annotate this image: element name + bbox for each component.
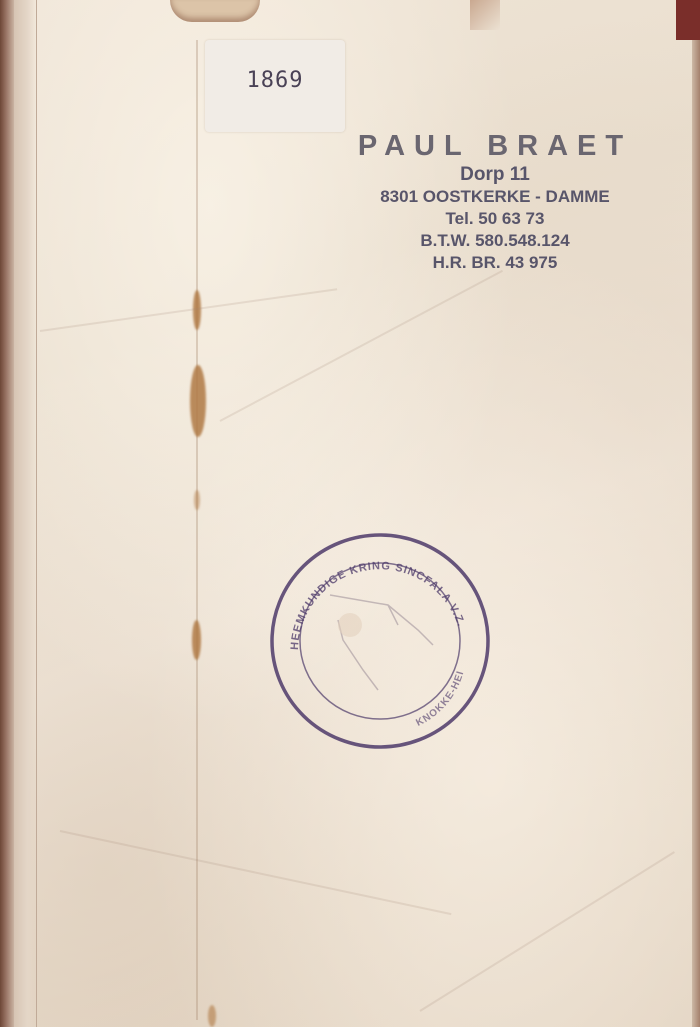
right-edge [692,0,700,1027]
rust-spot [190,365,206,437]
svg-text:HEEMKUNDIGE KRING SINCFALA V.Z: HEEMKUNDIGE KRING SINCFALA V.Z.W. [268,530,467,650]
faded-emblem-icon [330,595,433,690]
rust-spot [192,620,201,660]
round-stamp-graphic: HEEMKUNDIGE KRING SINCFALA V.Z.W. KNOKKE… [268,530,492,752]
stamp-street: Dorp 11 [330,164,660,186]
paper-crease [40,288,337,332]
paper-crease [60,830,452,915]
handwritten-number: 1869 [205,68,345,93]
address-stamp: PAUL BRAET Dorp 11 8301 OOSTKERKE - DAMM… [330,128,660,274]
left-fold-strip [14,0,37,1027]
rust-spot [194,490,200,510]
envelope-page: 1869 PAUL BRAET Dorp 11 8301 OOSTKERKE -… [0,0,700,1027]
stamp-company-name: PAUL BRAET [330,128,660,164]
number-label: 1869 [205,40,345,132]
stamp-trade-register: H.R. BR. 43 975 [330,252,660,274]
left-binding-edge [0,0,14,1027]
paper-crease [419,851,674,1012]
torn-top-notch [470,0,500,30]
paper-crease [220,270,503,422]
stamp-vat-number: B.T.W. 580.548.124 [330,230,660,252]
rust-spot [208,1005,216,1027]
round-society-stamp: HEEMKUNDIGE KRING SINCFALA V.Z.W. KNOKKE… [268,530,492,752]
torn-top-flap [170,0,260,22]
stamp-city: 8301 OOSTKERKE - DAMME [330,186,660,208]
round-stamp-top-text: HEEMKUNDIGE KRING SINCFALA V.Z.W. [268,530,467,650]
vertical-fold-line [196,40,198,1020]
stamp-phone: Tel. 50 63 73 [330,208,660,230]
top-right-corner-background [676,0,700,40]
